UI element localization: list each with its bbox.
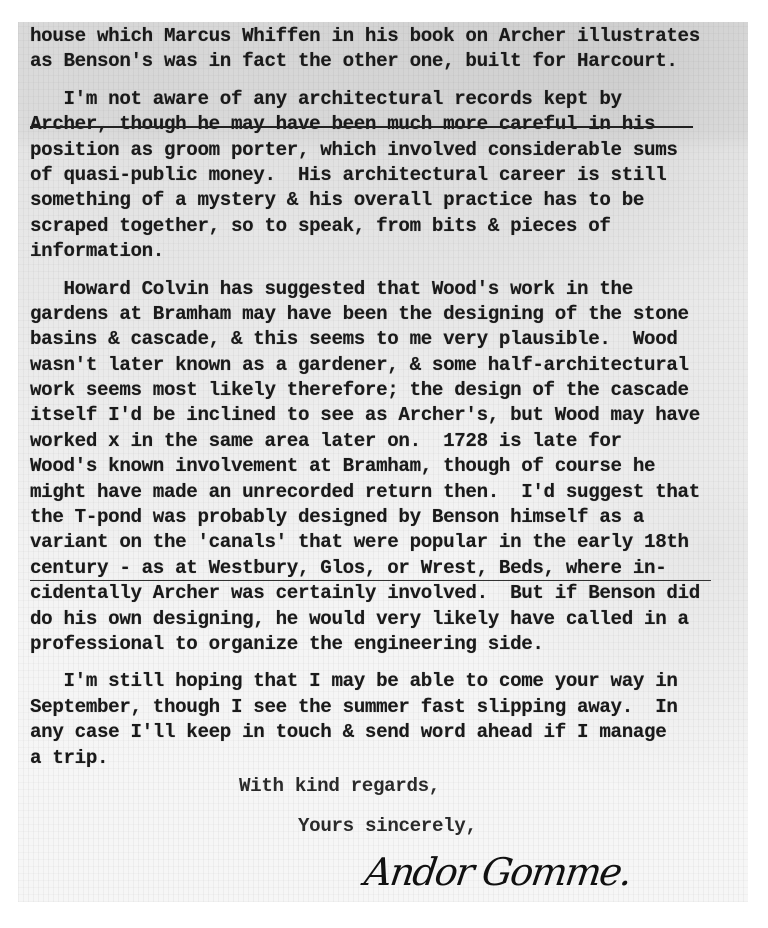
letter-line-text: of quasi-public money. His architectural… — [30, 164, 666, 186]
letter-line: Howard Colvin has suggested that Wood's … — [30, 277, 750, 302]
letter-line: scraped together, so to speak, from bits… — [30, 214, 750, 239]
paragraph-gap — [30, 265, 750, 277]
letter-line: century - as at Westbury, Glos, or Wrest… — [30, 556, 750, 581]
closing-regards: With kind regards, — [239, 775, 440, 797]
letter-line: gardens at Bramham may have been the des… — [30, 302, 750, 327]
letter-line-text: work seems most likely therefore; the de… — [30, 379, 689, 401]
ruled-line: century - as at Westbury, Glos, or Wrest… — [30, 556, 666, 581]
letter-line-text: any case I'll keep in touch & send word … — [30, 721, 666, 743]
letter-line: variant on the 'canals' that were popula… — [30, 530, 750, 555]
letter-line: house which Marcus Whiffen in his book o… — [30, 24, 750, 49]
letter-line-text: wasn't later known as a gardener, & some… — [30, 354, 689, 376]
letter-line-text: variant on the 'canals' that were popula… — [30, 531, 689, 553]
letter-line-text: worked x in the same area later on. 1728… — [30, 430, 622, 452]
letter-line: a trip. — [30, 746, 750, 771]
letter-line: information. — [30, 239, 750, 264]
letter-line-text: might have made an unrecorded return the… — [30, 481, 700, 503]
letter-line-text: itself I'd be inclined to see as Archer'… — [30, 404, 700, 426]
letter-line: any case I'll keep in touch & send word … — [30, 720, 750, 745]
letter-line-text: something of a mystery & his overall pra… — [30, 189, 644, 211]
letter-line: professional to organize the engineering… — [30, 632, 750, 657]
handwritten-signature: Andor Gomme. — [362, 850, 633, 894]
letter-line: Wood's known involvement at Bramham, tho… — [30, 454, 750, 479]
letter-line-text: position as groom porter, which involved… — [30, 139, 678, 161]
letter-line: I'm not aware of any architectural recor… — [30, 87, 750, 112]
paragraph-gap — [30, 75, 750, 87]
letter-line-text: scraped together, so to speak, from bits… — [30, 215, 611, 237]
closing-sign-off: Yours sincerely, — [298, 815, 477, 837]
letter-line: the T-pond was probably designed by Bens… — [30, 505, 750, 530]
letter-line: of quasi-public money. His architectural… — [30, 163, 750, 188]
letter-line-text: do his own designing, he would very like… — [30, 608, 689, 630]
letter-line: worked x in the same area later on. 1728… — [30, 429, 750, 454]
letter-line-text: the T-pond was probably designed by Bens… — [30, 506, 644, 528]
letter-line: work seems most likely therefore; the de… — [30, 378, 750, 403]
paragraph-gap — [30, 657, 750, 669]
letter-line-text: I'm still hoping that I may be able to c… — [30, 670, 678, 692]
letter-line-text: cidentally Archer was certainly involved… — [30, 582, 700, 604]
letter-line-text: as Benson's was in fact the other one, b… — [30, 50, 678, 72]
letter-line-text: information. — [30, 240, 164, 262]
letter-line: something of a mystery & his overall pra… — [30, 188, 750, 213]
letter-body: house which Marcus Whiffen in his book o… — [30, 24, 750, 771]
letter-line-text: house which Marcus Whiffen in his book o… — [30, 25, 700, 47]
letter-line: as Benson's was in fact the other one, b… — [30, 49, 750, 74]
letter-line: position as groom porter, which involved… — [30, 138, 750, 163]
letter-line-text: a trip. — [30, 747, 108, 769]
letter-line: cidentally Archer was certainly involved… — [30, 581, 750, 606]
letter-line: do his own designing, he would very like… — [30, 607, 750, 632]
letter-line-text: I'm not aware of any architectural recor… — [30, 88, 622, 110]
letter-line-text: gardens at Bramham may have been the des… — [30, 303, 689, 325]
letter-line-text: Howard Colvin has suggested that Wood's … — [30, 278, 633, 300]
letter-line-text: professional to organize the engineering… — [30, 633, 544, 655]
letter-line: might have made an unrecorded return the… — [30, 480, 750, 505]
letter-line-text: Wood's known involvement at Bramham, tho… — [30, 455, 655, 477]
letter-line: I'm still hoping that I may be able to c… — [30, 669, 750, 694]
letter-line-text: basins & cascade, & this seems to me ver… — [30, 328, 678, 350]
letter-line: wasn't later known as a gardener, & some… — [30, 353, 750, 378]
letter-line: basins & cascade, & this seems to me ver… — [30, 327, 750, 352]
letter-line: September, though I see the summer fast … — [30, 695, 750, 720]
letter-line: Archer, though he may have been much mor… — [30, 112, 750, 137]
struck-through-line: Archer, though he may have been much mor… — [30, 112, 655, 137]
letter-line-text: September, though I see the summer fast … — [30, 696, 678, 718]
letter-line: itself I'd be inclined to see as Archer'… — [30, 403, 750, 428]
